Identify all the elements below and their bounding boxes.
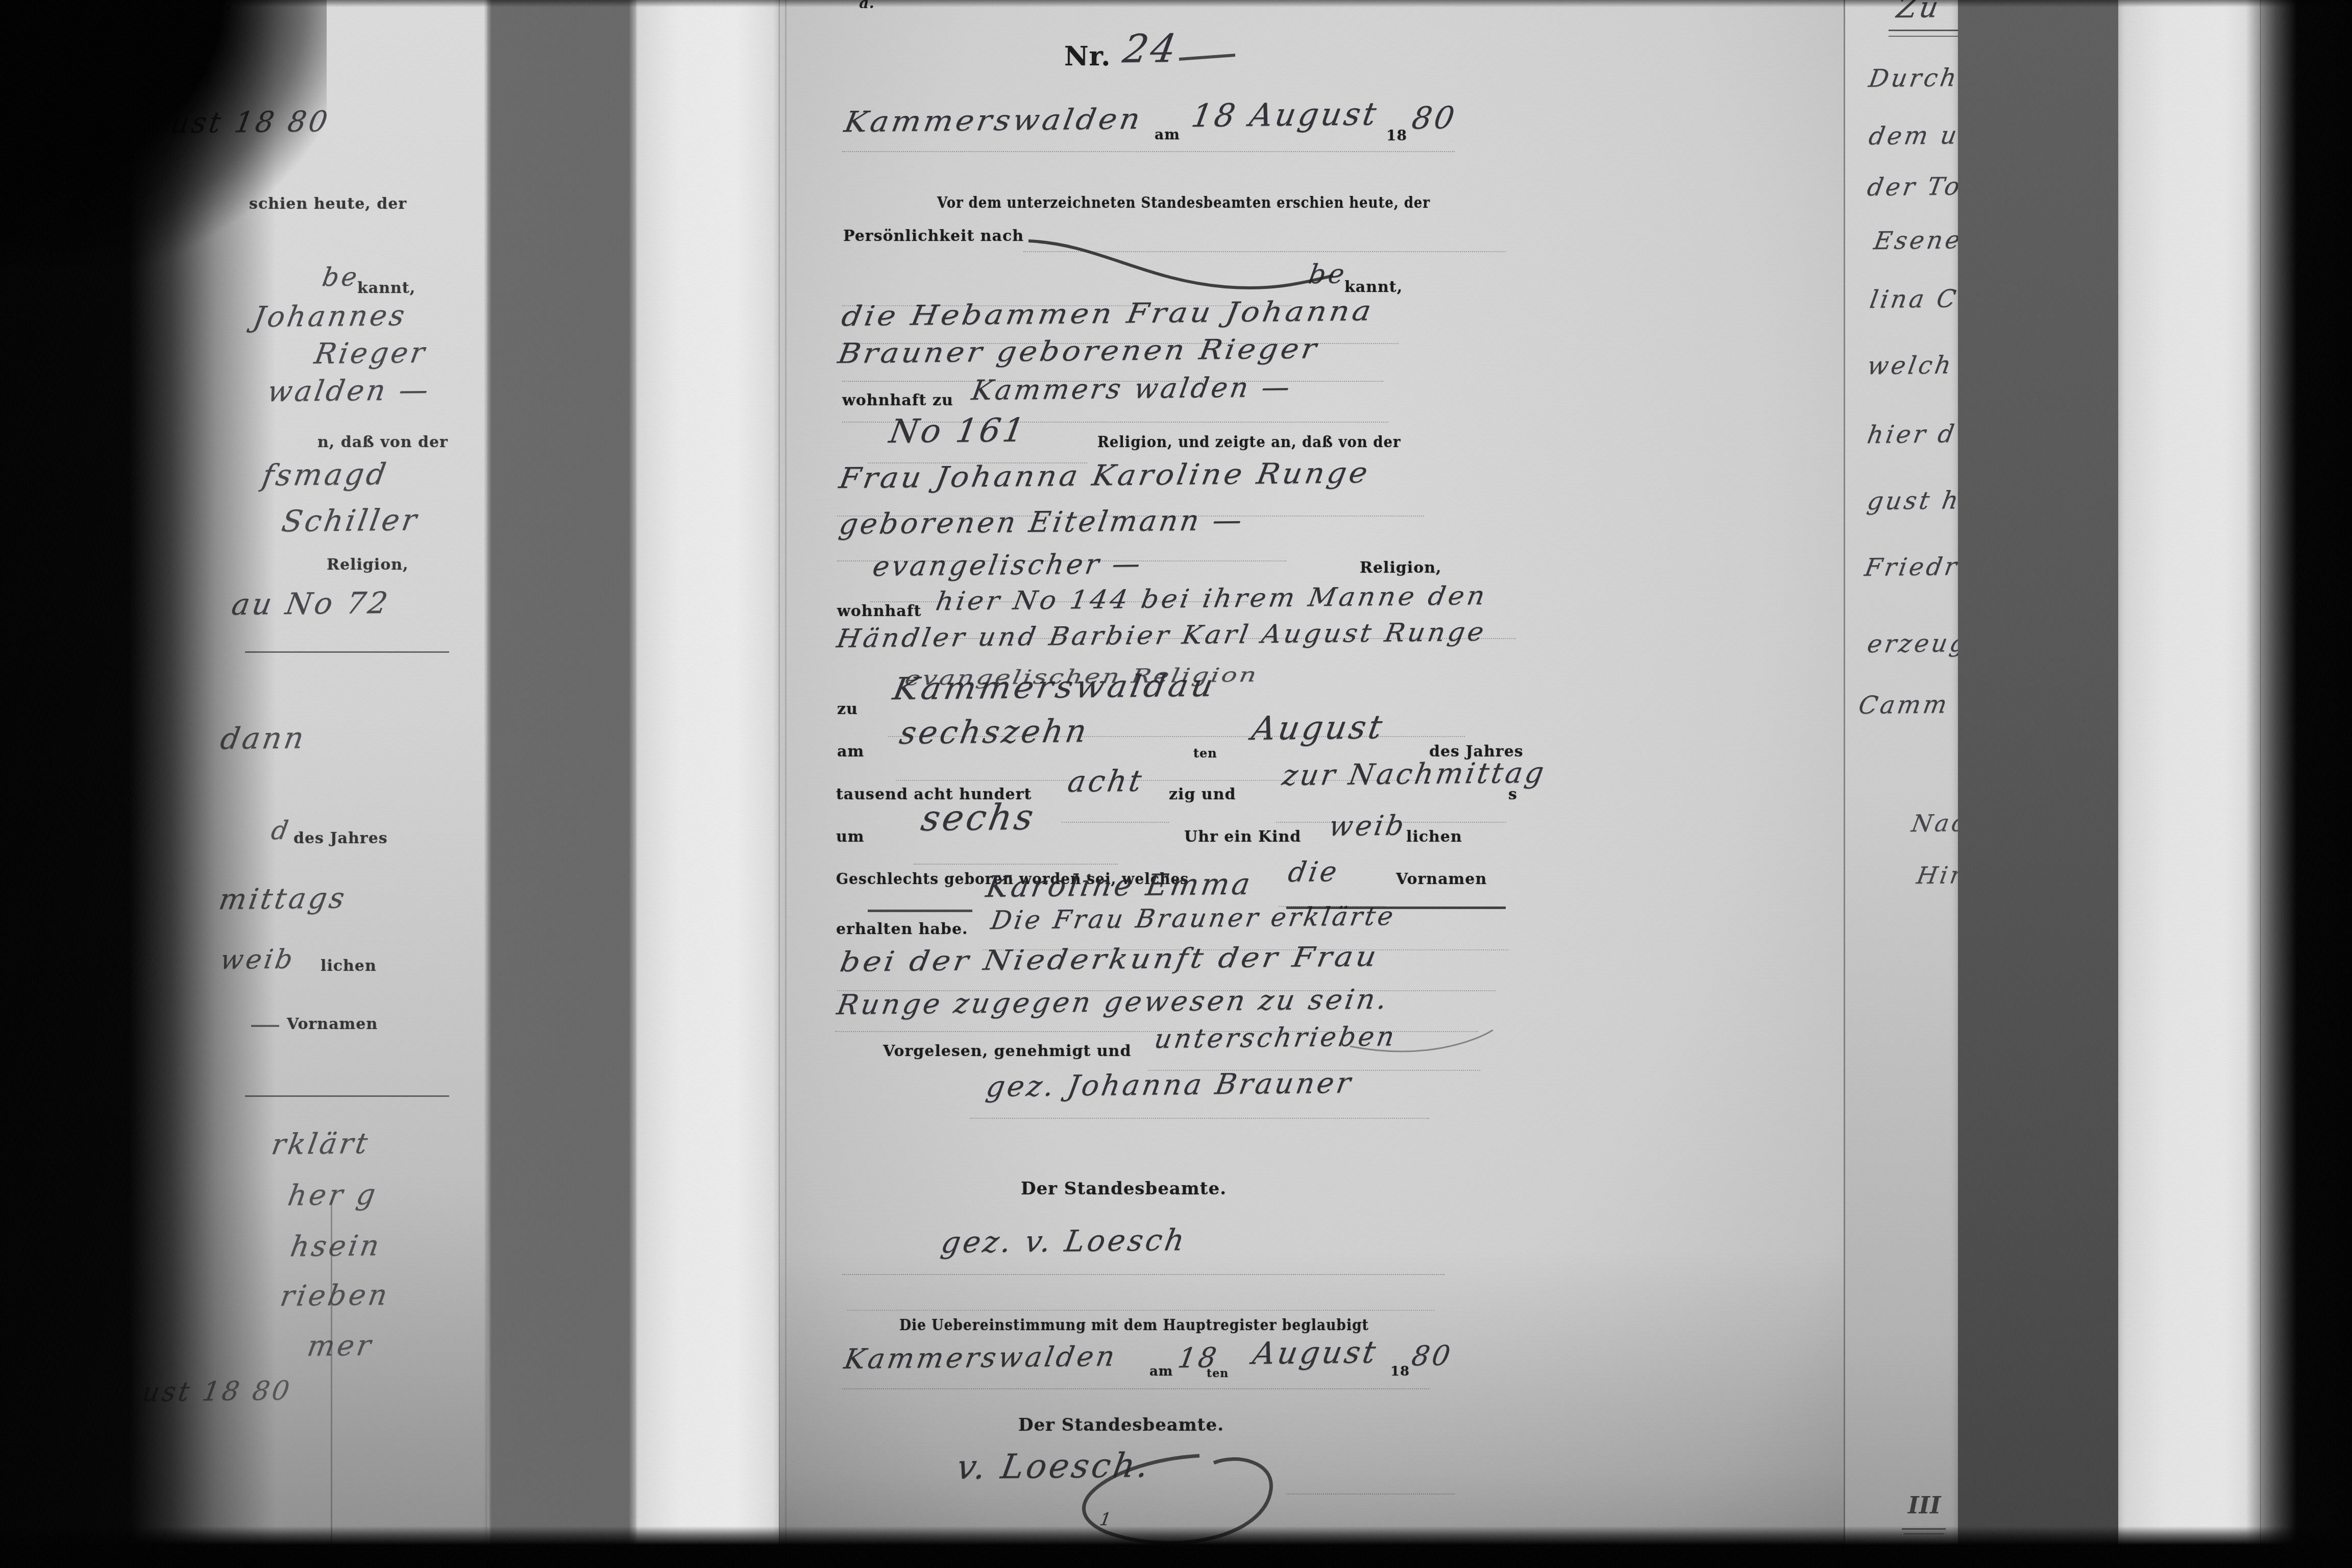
unterschrieben-swash [1350, 1030, 1493, 1051]
film-black-edge-top [0, 0, 2352, 7]
film-black-border-right [2246, 0, 2352, 1568]
microfilm-scan: a.Nr.24Kammerswaldenam18 August1880Vor d… [0, 0, 2352, 1568]
film-black-corner-top-left [0, 0, 327, 265]
page-fold-line [331, 1199, 332, 1547]
film-gap-stripe-right [1958, 0, 2118, 1568]
film-gap-stripe-left [484, 0, 638, 1568]
blank-fill-stroke [1028, 241, 1333, 288]
bottom-shadow-center [778, 1251, 1845, 1568]
page-margin-strip-right [2116, 0, 2260, 1568]
nr24-flourish [1179, 55, 1235, 59]
film-black-edge-bottom [0, 1526, 2352, 1568]
page-margin-strip-left [636, 0, 779, 1568]
